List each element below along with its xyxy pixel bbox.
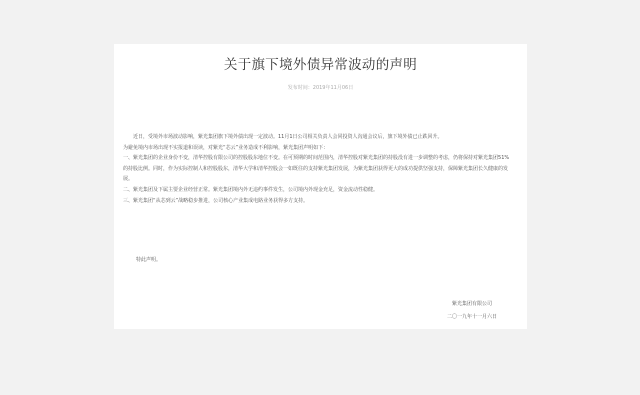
paragraph-point-3: 三、紫光集团“从芯到云”战略稳步推进，公司核心产业集成电路业务获得多方支持。 <box>123 196 513 207</box>
signature-company: 紫光集团有限公司 <box>447 298 497 311</box>
article-body: 近日，受境外市场波动影响，紫光集团旗下境外债出现一定波动。11月1日公司相关负责… <box>123 132 513 206</box>
publish-time: 发布时间：2019年11月06日 <box>114 84 527 91</box>
closing-remark: 特此声明。 <box>136 256 161 263</box>
signature-date: 二〇一九年十一月六日 <box>447 311 497 324</box>
paragraph-point-1: 一、紫光集团的企业身份不变，清华控股有限公司的控股股东地位不变。在可预期的时间范… <box>123 153 513 185</box>
signature-block: 紫光集团有限公司 二〇一九年十一月六日 <box>447 298 497 324</box>
article-title: 关于旗下境外债异常波动的声明 <box>114 53 527 73</box>
statement-card: 关于旗下境外债异常波动的声明 发布时间：2019年11月06日 近日，受境外市场… <box>114 44 527 329</box>
paragraph-purpose: 为避免境内市场出现不实报道和误读，对紫光“芯云”业务造成不利影响，紫光集团声明如… <box>123 143 513 154</box>
paragraph-point-2: 二、紫光集团及下属主要企业经营正常。紫光集团境内外无违约事件发生，公司境内外现金… <box>123 185 513 196</box>
paragraph-intro: 近日，受境外市场波动影响，紫光集团旗下境外债出现一定波动。11月1日公司相关负责… <box>123 132 513 143</box>
